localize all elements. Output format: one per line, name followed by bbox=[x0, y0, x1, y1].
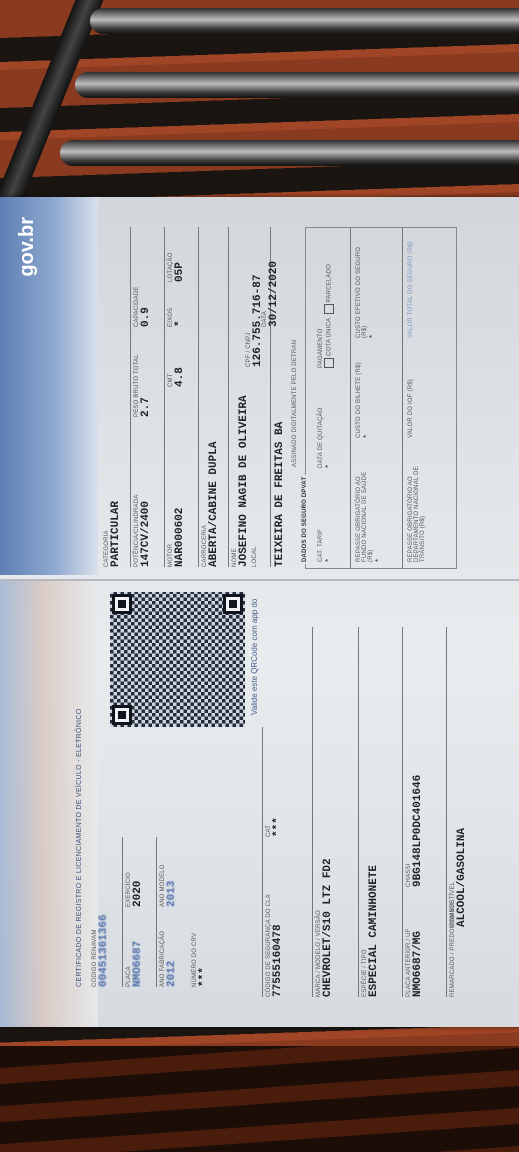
vehicle-registration-document: gov.br CERTIFICADO DE REGISTRO E LICENCI… bbox=[0, 197, 519, 1027]
parcelado-checkbox[interactable] bbox=[324, 304, 334, 314]
custo-efetivo-value: * bbox=[368, 238, 377, 338]
assinatura-note: ASSINADO DIGITALMENTE PELO DETRAN bbox=[292, 340, 298, 467]
valor-total-label: VALOR TOTAL DO SEGURO (R$) bbox=[408, 238, 414, 338]
categoria-value: PARTICULAR bbox=[110, 501, 122, 567]
numero-crv-value: *** bbox=[198, 933, 210, 987]
custo-bilhete-label: CUSTO DO BILHETE (R$) bbox=[356, 348, 362, 438]
data-value: 30/12/2020 bbox=[268, 261, 280, 327]
exercicio-value: 2020 bbox=[132, 872, 144, 907]
repasse-denatran-field: REPASSE OBRIGATÓRIO AO DEPARTAMENTO NACI… bbox=[408, 452, 426, 562]
custo-efetivo-label: CUSTO EFETIVO DO SEGURO (R$) bbox=[356, 238, 368, 338]
local-field: LOCAL bbox=[252, 546, 258, 567]
categoria-field: CATEGORIA PARTICULAR bbox=[104, 501, 122, 567]
valor-total-field: VALOR TOTAL DO SEGURO (R$) bbox=[408, 238, 414, 338]
renavam-value: 00451361366 bbox=[98, 914, 110, 987]
marca-modelo-field: MARCA / MODELO / VERSÃO CHEVROLET/S10 LT… bbox=[316, 858, 334, 997]
lotacao-field: LOTAÇÃO 05P bbox=[168, 252, 186, 282]
lotacao-value: 05P bbox=[174, 252, 186, 282]
combustivel-field: COMBUSTÍVEL ALCOOL/GASOLINA bbox=[450, 828, 468, 927]
marca-modelo-value: CHEVROLET/S10 LTZ FD2 bbox=[322, 858, 334, 997]
peso-bruto-value: 2.7 bbox=[140, 354, 152, 417]
qr-code bbox=[110, 592, 245, 727]
valor-iof-field: VALOR DO IOF (R$) bbox=[408, 348, 414, 438]
numero-crv-field: NÚMERO DO CRV *** bbox=[192, 933, 210, 987]
ano-fabricacao-field: ANO FABRICAÇÃO 2012 bbox=[160, 931, 178, 987]
ano-fabricacao-value: 2012 bbox=[166, 931, 178, 987]
local-value-wrap: TEIXEIRA DE FREITAS BA bbox=[274, 422, 286, 567]
background-wire bbox=[60, 140, 519, 166]
nome-field: NOME JOSEFINO NAGIB DE OLIVEIRA bbox=[232, 395, 250, 567]
capacidade-value: 0.9 bbox=[140, 286, 152, 327]
govbr-logo: gov.br bbox=[16, 217, 39, 277]
motor-value: NAR000602 bbox=[174, 508, 186, 567]
nome-value: JOSEFINO NAGIB DE OLIVEIRA bbox=[238, 395, 250, 567]
qr-caption: Valide este QRCode com app do bbox=[250, 599, 259, 715]
placa-value: NMO6687 bbox=[132, 941, 144, 987]
potencia-value: 147CV/2400 bbox=[140, 495, 152, 567]
eixos-value: * bbox=[174, 308, 186, 327]
carroceria-value: ABERTA/CABINE DUPLA bbox=[208, 442, 220, 567]
data-field: DATA 30/12/2020 bbox=[262, 261, 280, 327]
potencia-field: POTÊNCIA/CILINDRADA 147CV/2400 bbox=[134, 495, 152, 567]
ano-modelo-field: ANO MODELO 2013 bbox=[160, 864, 178, 907]
dpvat-heading: DADOS DO SEGURO DPVAT bbox=[302, 475, 308, 564]
especie-tipo-value: ESPECIAL CAMINHONETE bbox=[368, 865, 380, 997]
local-value: TEIXEIRA DE FREITAS BA bbox=[274, 422, 286, 567]
cat-field: CAT *** bbox=[266, 817, 284, 837]
repasse-sus-value: * bbox=[374, 462, 383, 562]
capacidade-field: CAPACIDADE 0.9 bbox=[134, 286, 152, 327]
dpvat-section: DADOS DO SEGURO DPVAT CAT. TARIF * DATA … bbox=[305, 227, 457, 569]
exercicio-field: EXERCÍCIO 2020 bbox=[126, 872, 144, 907]
cat-tarif-label: CAT. TARIF bbox=[318, 529, 324, 562]
cota-unica-label: COTA ÚNICA bbox=[327, 318, 333, 356]
placa-anterior-value: NMO6687/MG bbox=[412, 929, 424, 997]
repasse-sus-label: REPASSE OBRIGATÓRIO AO FUNDO NACIONAL DE… bbox=[356, 462, 374, 562]
codigo-seguranca-field: CÓDIGO DE SEGURANÇA DO CLA 77555160478 bbox=[266, 894, 284, 997]
cmt-field: CMT 4.8 bbox=[168, 367, 186, 387]
background-wire bbox=[75, 72, 519, 98]
data-quitacao-field: DATA DE QUITAÇÃO * bbox=[318, 407, 333, 468]
valor-iof-label: VALOR DO IOF (R$) bbox=[408, 348, 414, 438]
cat-value: *** bbox=[272, 817, 284, 837]
header-banner bbox=[0, 197, 98, 575]
codigo-seguranca-value: 77555160478 bbox=[272, 894, 284, 997]
cota-unica-checkbox[interactable] bbox=[324, 358, 334, 368]
ano-modelo-value: 2013 bbox=[166, 864, 178, 907]
cmt-value: 4.8 bbox=[174, 367, 186, 387]
especie-tipo-field: ESPÉCIE / TIPO ESPECIAL CAMINHONETE bbox=[362, 865, 380, 997]
custo-bilhete-value: * bbox=[362, 348, 371, 438]
peso-bruto-field: PESO BRUTO TOTAL 2.7 bbox=[134, 354, 152, 417]
repasse-denatran-label: REPASSE OBRIGATÓRIO AO DEPARTAMENTO NACI… bbox=[408, 452, 426, 562]
data-quitacao-label: DATA DE QUITAÇÃO bbox=[318, 407, 324, 468]
parcelado-label: PARCELADO bbox=[327, 264, 333, 302]
custo-efetivo-field: CUSTO EFETIVO DO SEGURO (R$) * bbox=[356, 238, 377, 338]
placa-anterior-field: PLACA ANTERIOR / UF NMO6687/MG bbox=[406, 929, 424, 997]
carroceria-field: CARROCERIA ABERTA/CABINE DUPLA bbox=[202, 442, 220, 567]
placa-field: PLACA NMO6687 bbox=[126, 941, 144, 987]
combustivel-value: ALCOOL/GASOLINA bbox=[456, 828, 468, 927]
chassi-value: 9BG148LP0DC401646 bbox=[412, 775, 424, 887]
data-quitacao-value: * bbox=[324, 407, 333, 468]
fold-line bbox=[0, 579, 519, 581]
document-title: CERTIFICADO DE REGISTRO E LICENCIAMENTO … bbox=[76, 709, 83, 987]
background-wire bbox=[90, 8, 519, 34]
local-label: LOCAL bbox=[252, 546, 258, 567]
chassi-field: CHASSI 9BG148LP0DC401646 bbox=[406, 775, 424, 887]
eixos-field: EIXOS * bbox=[168, 308, 186, 327]
repasse-sus-field: REPASSE OBRIGATÓRIO AO FUNDO NACIONAL DE… bbox=[356, 462, 383, 562]
header-band bbox=[0, 581, 98, 1027]
cat-tarif-value: * bbox=[324, 529, 333, 562]
motor-field: MOTOR NAR000602 bbox=[168, 508, 186, 567]
renavam-field: CÓDIGO RENAVAM 00451361366 bbox=[92, 914, 110, 987]
custo-bilhete-field: CUSTO DO BILHETE (R$) * bbox=[356, 348, 371, 438]
cat-tarif-field: CAT. TARIF * bbox=[318, 529, 333, 562]
background-surface-bottom bbox=[0, 1046, 519, 1152]
pagamento-field: PAGAMENTO COTA ÚNICA PARCELADO bbox=[318, 264, 334, 368]
